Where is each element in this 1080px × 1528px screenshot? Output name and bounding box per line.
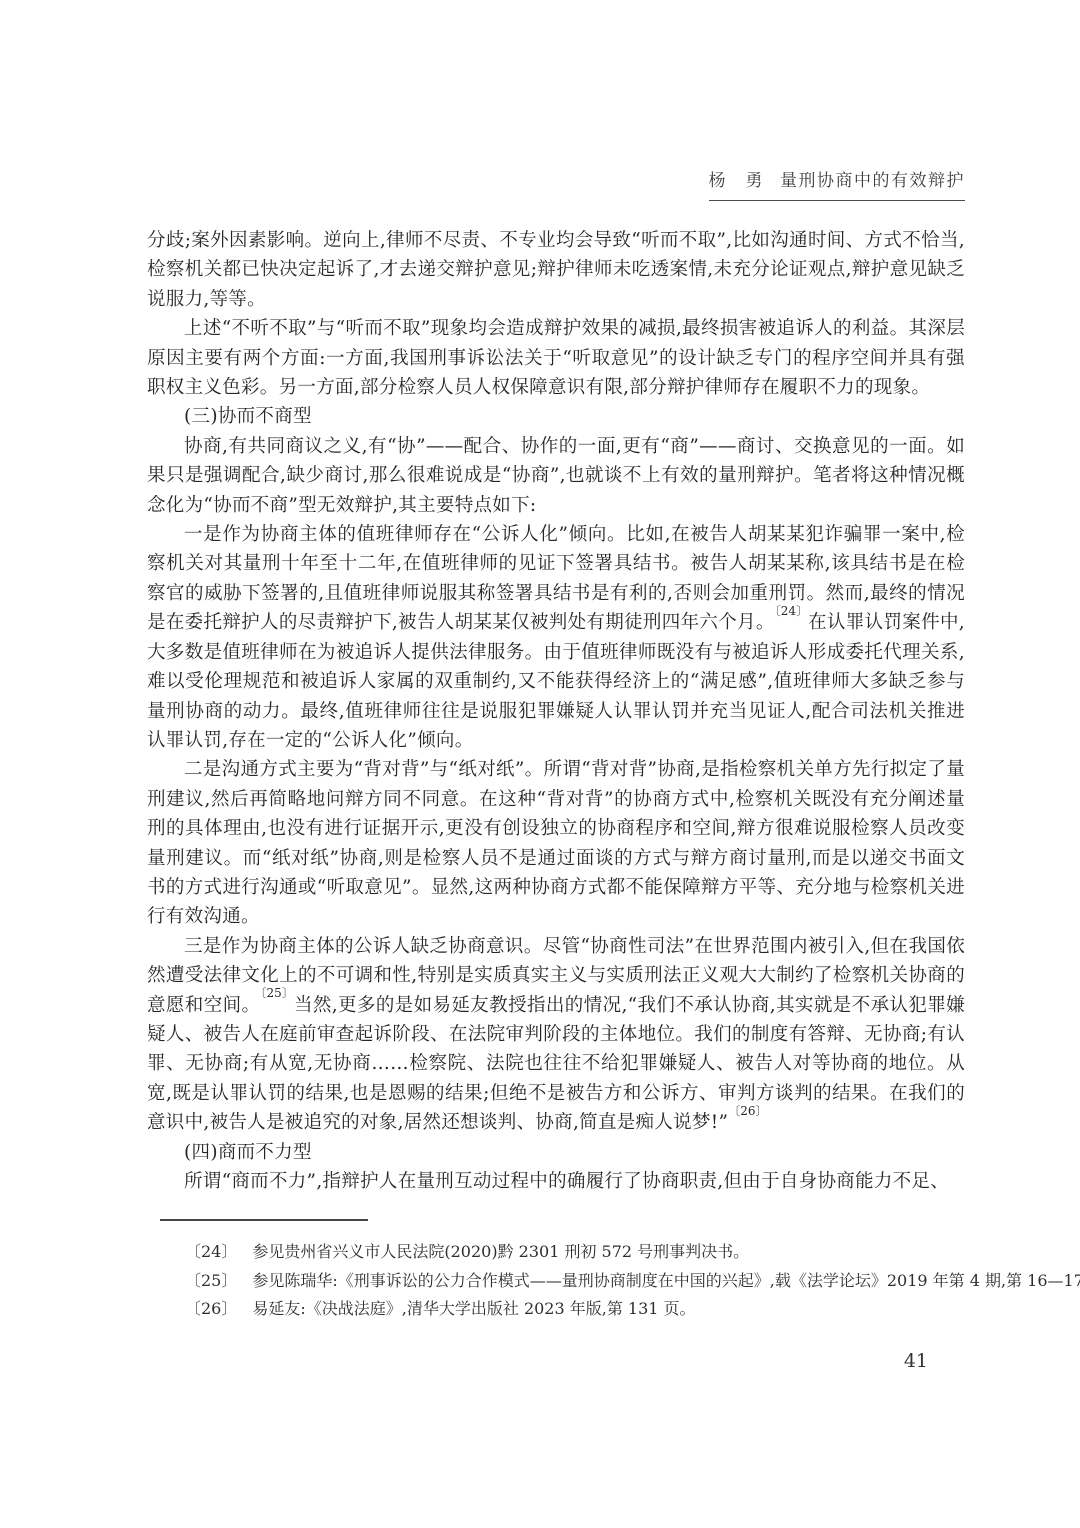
footnote-item: 〔26〕易延友:《决战法庭》,清华大学出版社 2023 年版,第 131 页。 xyxy=(147,1295,965,1324)
body-paragraph: 一是作为协商主体的值班律师存在“公诉人化”倾向。比如,在被告人胡某某犯诈骗罪一案… xyxy=(147,520,965,755)
body-paragraph: 二是沟通方式主要为“背对背”与“纸对纸”。所谓“背对背”协商,是指检察机关单方先… xyxy=(147,755,965,931)
footnote-label: 〔25〕 xyxy=(185,1271,237,1290)
footnote-item: 〔25〕参见陈瑞华:《刑事诉讼的公力合作模式——量刑协商制度在中国的兴起》,载《… xyxy=(147,1267,965,1296)
body-paragraph: 分歧;案外因素影响。逆向上,律师不尽责、不专业均会导致“听而不取”,比如沟通时间… xyxy=(147,226,965,314)
body-paragraph: 所谓“商而不力”,指辩护人在量刑互动过程中的确履行了协商职责,但由于自身协商能力… xyxy=(147,1167,965,1196)
footnote-label: 〔26〕 xyxy=(185,1299,237,1318)
body-paragraph: 协商,有共同商议之义,有“协”——配合、协作的一面,更有“商”——商讨、交换意见… xyxy=(147,432,965,520)
running-header-text: 杨 勇量刑协商中的有效辩护 xyxy=(709,166,966,201)
section-subheading: (四)商而不力型 xyxy=(147,1138,965,1167)
running-header-author: 杨 勇 xyxy=(709,171,765,191)
footnote-text: 易延友:《决战法庭》,清华大学出版社 2023 年版,第 131 页。 xyxy=(252,1299,695,1318)
footnote-ref-marker: 〔24〕 xyxy=(775,604,808,618)
article-body: 分歧;案外因素影响。逆向上,律师不尽责、不专业均会导致“听而不取”,比如沟通时间… xyxy=(147,226,965,1196)
body-paragraph: 三是作为协商主体的公诉人缺乏协商意识。尽管“协商性司法”在世界范围内被引入,但在… xyxy=(147,932,965,1138)
footnote-text: 参见陈瑞华:《刑事诉讼的公力合作模式——量刑协商制度在中国的兴起》,载《法学论坛… xyxy=(252,1271,1080,1290)
footnote-separator xyxy=(160,1219,368,1221)
footnote-text: 参见贵州省兴义市人民法院(2020)黔 2301 刑初 572 号刑事判决书。 xyxy=(252,1242,749,1261)
footnote-ref-marker: 〔25〕 xyxy=(260,986,294,1000)
body-paragraph: 上述“不听不取”与“听而不取”现象均会造成辩护效果的减损,最终损害被追诉人的利益… xyxy=(147,314,965,402)
page-number: 41 xyxy=(904,1350,928,1372)
footnote-ref-marker: 〔26〕 xyxy=(728,1104,767,1118)
document-page: 杨 勇量刑协商中的有效辩护 分歧;案外因素影响。逆向上,律师不尽责、不专业均会导… xyxy=(0,0,1080,1528)
running-header: 杨 勇量刑协商中的有效辩护 xyxy=(147,166,965,201)
footnotes-section: 〔24〕参见贵州省兴义市人民法院(2020)黔 2301 刑初 572 号刑事判… xyxy=(147,1238,965,1324)
footnote-item: 〔24〕参见贵州省兴义市人民法院(2020)黔 2301 刑初 572 号刑事判… xyxy=(147,1238,965,1267)
running-header-title: 量刑协商中的有效辩护 xyxy=(780,171,965,191)
section-subheading: (三)协而不商型 xyxy=(147,402,965,431)
footnote-label: 〔24〕 xyxy=(185,1242,237,1261)
